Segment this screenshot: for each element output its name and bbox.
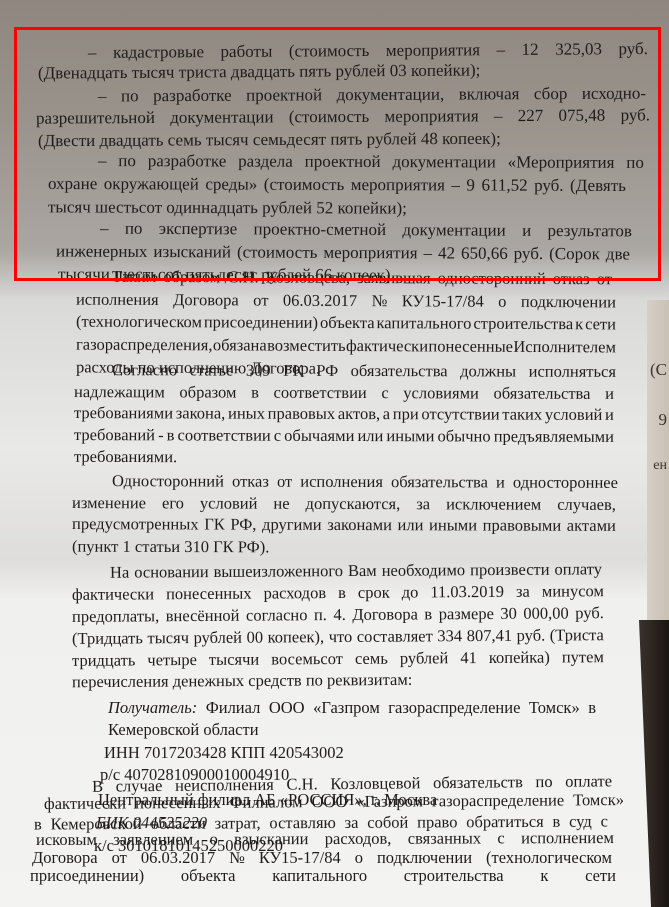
paragraph-line: предоплаты,внесённойсогласноп.4.Договора… — [72, 605, 604, 625]
cost-item-line: тысяч шестьсот одиннадцать рублей 52 коп… — [48, 198, 407, 216]
paragraph-line: фактическипонесенныхрасходоввсрокдо11.03… — [72, 583, 604, 603]
cost-item-line: –кадастровыеработы(стоимостьмероприятия–… — [88, 40, 648, 61]
edge-fragment: (С — [650, 360, 667, 380]
cost-item-line: (Двенадцать тысяч триста двадцать пять р… — [38, 61, 480, 81]
paragraph-line: требованиямизакона,иныхправовыхактов,апр… — [74, 405, 614, 423]
paragraph-line: предусмотренныхГКРФ,другимизаконамиилиин… — [72, 516, 616, 534]
paragraph-line: надлежащимобразомвсоответствиисусловиями… — [74, 384, 614, 402]
paragraph-line: (Тридцатьтысячрублей00копеек),чтосоставл… — [72, 627, 604, 647]
paragraph-line: газораспределения,обязанавозместитьфакти… — [76, 336, 616, 355]
closing-line: исковымзаявлениемовзысканиирасходов,связ… — [36, 830, 614, 849]
cost-item-line: –поразработкеразделапроектнойдокументаци… — [98, 152, 644, 171]
photographed-letter-page: (С 9 ен –кадастровыеработы(стоимостьмеро… — [0, 0, 669, 907]
paragraph-line: требованиями. — [74, 449, 177, 466]
paragraph-line: Одностороннийотказотисполненияобязательс… — [112, 473, 618, 491]
inn-kpp: ИНН 7017203428 КПП 420543002 — [104, 745, 344, 762]
paragraph-line: тридцатьчетыретысячивосемьсотсемьрублей4… — [72, 649, 604, 669]
underlying-sheet-edge: (С 9 ен — [647, 300, 669, 620]
paragraph-line: требований-всоответствиисобычаямиилииным… — [74, 427, 614, 445]
cost-item-line: –поразработкепроектнойдокументации,включ… — [98, 85, 646, 105]
cost-item-line: разрешительнойдокументации(стоимостьмеро… — [36, 106, 650, 126]
paragraph-line: ТакимобразомС.Н.Козловцева,заявившаяодно… — [112, 269, 612, 288]
table-background — [639, 620, 669, 907]
recipient-line: Получатель:ФилиалООО«Газпромгазораспреде… — [108, 700, 596, 717]
edge-fragment: ен — [653, 458, 667, 474]
cost-item-line: инженерныхизысканий(стоимостьмероприятия… — [56, 242, 630, 262]
paragraph-line: Согласностатье309ГКРФобязательствадолжны… — [112, 362, 616, 380]
closing-line: фактическипонесенныхФилиаломООО«Газпромг… — [44, 792, 624, 813]
closing-line: присоединении)объектакапитальногостроите… — [30, 868, 616, 885]
paragraph-line: исполненияДоговораот06.03.2017№КУ15-17/8… — [76, 291, 616, 310]
cost-item-line: –поэкспертизепроектно-сметнойдокументаци… — [100, 220, 632, 240]
cost-item-line: (Двести двадцать семь тысяч семьдесят пя… — [38, 130, 501, 149]
recipient-line: Кемеровской области — [108, 722, 259, 739]
paragraph-line: изменениеегоусловийнедопускаются,заисклю… — [72, 495, 616, 513]
paragraph-line: НаоснованиивышеизложенногоВамнеобходимоп… — [110, 561, 602, 581]
paragraph-line: перечисления денежных средств по реквизи… — [72, 672, 412, 691]
cost-item-line: охранеокружающейсреды»(стоимостьмероприя… — [48, 175, 626, 194]
edge-fragment: 9 — [659, 410, 668, 430]
closing-line: Договораот06.03.2017№КУ15-17/84оподключе… — [32, 850, 612, 867]
paragraph-line: (технологическомприсоединении)объектакап… — [76, 314, 616, 333]
paragraph-line: (пункт 1 статьи 310 ГК РФ). — [72, 538, 269, 555]
